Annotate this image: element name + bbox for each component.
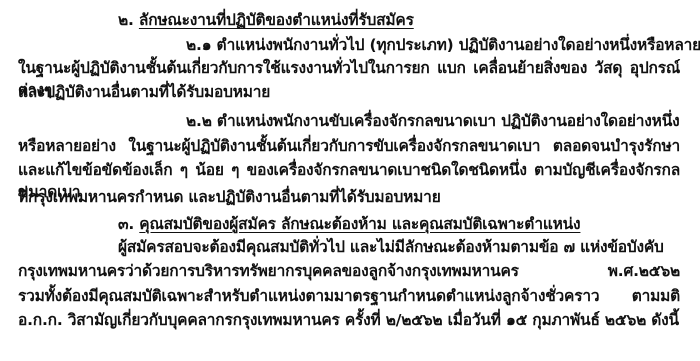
section-3-title: คุณสมบัติของผู้สมัคร ลักษณะต้องห้าม และค… — [139, 215, 580, 233]
item-2-1-line-3: และปฏิบัติงานอื่นตามที่ได้รับมอบหมาย — [18, 81, 270, 103]
section-3-line-1: ผู้สมัครสอบจะต้องมีคุณสมบัติทั่วไป และไม… — [118, 236, 664, 258]
section-2-title: ลักษณะงานที่ปฏิบัติของตำแหน่งที่รับสมัคร — [139, 11, 414, 29]
section-3-line-2: กรุงเทพมหานครว่าด้วยการบริหารทรัพยากรบุค… — [18, 260, 680, 282]
item-2-2-line-4: ที่กรุงเทพมหานครกำหนด และปฏิบัติงานอื่นต… — [18, 186, 441, 208]
section-3-number: ๓. — [118, 215, 134, 233]
section-3-line-3: รวมทั้งต้องมีคุณสมบัติเฉพาะสำหรับตำแหน่ง… — [18, 285, 680, 307]
item-2-2-line-2: หรือหลายอย่าง ในฐานะผู้ปฏิบัติงานชั้นต้น… — [18, 135, 680, 157]
item-2-1-line-1: ๒.๑ ตำแหน่งพนักงานทั่วไป (ทุกประเภท) ปฏิ… — [186, 34, 700, 56]
section-3-line-4: อ.ก.ก. วิสามัญเกี่ยวกับบุคคลากรกรุงเทพมห… — [18, 309, 679, 331]
section-3-heading: ๓. คุณสมบัติของผู้สมัคร ลักษณะต้องห้าม แ… — [118, 213, 580, 235]
section-2-heading: ๒. ลักษณะงานที่ปฏิบัติของตำแหน่งที่รับสม… — [118, 9, 414, 31]
item-2-2-line-1: ๒.๒ ตำแหน่งพนักงานขับเครื่องจักรกลขนาดเบ… — [186, 110, 679, 132]
section-2-number: ๒. — [118, 11, 134, 29]
